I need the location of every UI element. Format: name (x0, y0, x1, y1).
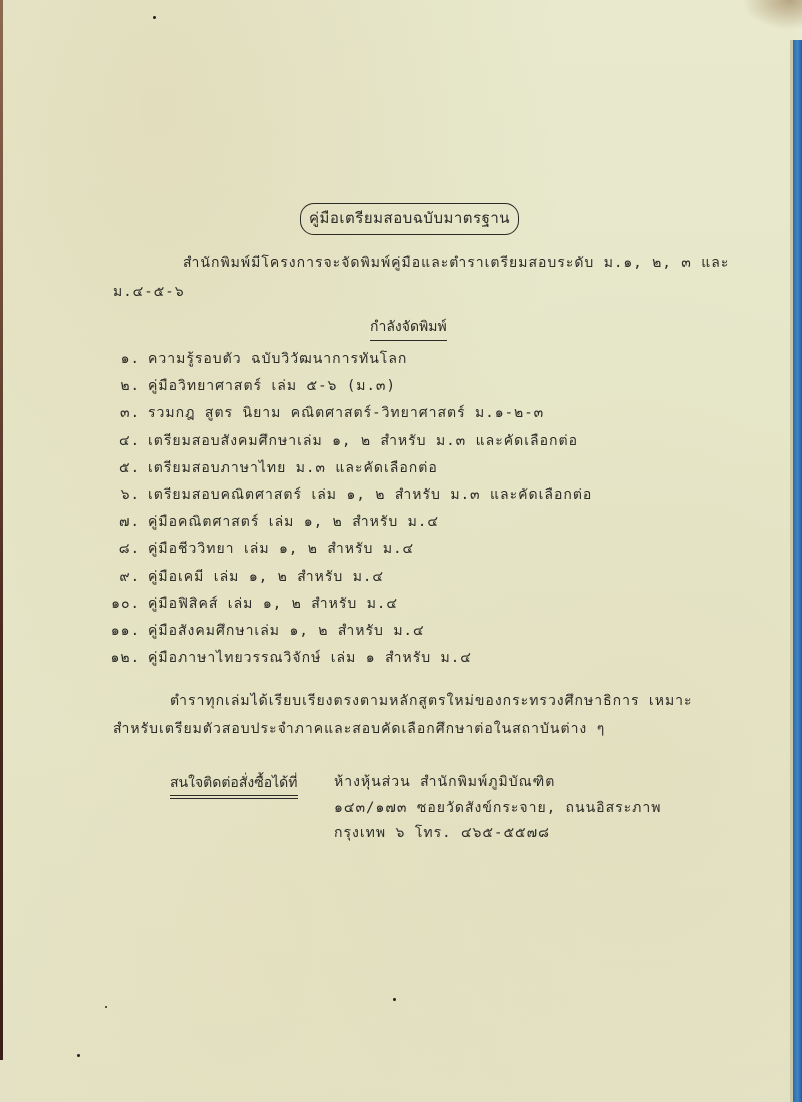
item-number: ๑๐. (102, 593, 148, 620)
intro-line-2: ม.๔-๕-๖ (113, 283, 185, 301)
list-item: ๑๑.คู่มือสังคมศึกษาเล่ม ๑, ๒ สำหรับ ม.๔ (102, 620, 592, 647)
intro-line-1: สำนักพิมพ์มีโครงการจะจัดพิมพ์คู่มือและตำ… (183, 254, 729, 272)
item-text: ความรู้รอบตัว ฉบับวิวัฒนาการทันโลก (148, 348, 407, 375)
item-text: รวมกฎ สูตร นิยาม คณิตศาสตร์-วิทยาศาสตร์ … (148, 402, 544, 429)
ink-speck (153, 16, 156, 19)
item-text: คู่มือฟิสิคส์ เล่ม ๑, ๒ สำหรับ ม.๔ (148, 593, 398, 620)
item-number: ๗. (102, 511, 148, 538)
item-number: ๓. (102, 402, 148, 429)
closing-line-2: สำหรับเตรียมตัวสอบประจำภาคและสอบคัดเลือก… (113, 720, 605, 738)
list-item: ๑.ความรู้รอบตัว ฉบับวิวัฒนาการทันโลก (102, 348, 592, 375)
item-number: ๑๑. (102, 620, 148, 647)
item-number: ๔. (102, 430, 148, 457)
ink-speck (77, 1054, 80, 1057)
list-item: ๕.เตรียมสอบภาษาไทย ม.๓ และคัดเลือกต่อ (102, 457, 592, 484)
item-text: เตรียมสอบสังคมศึกษาเล่ม ๑, ๒ สำหรับ ม.๓ … (148, 430, 578, 457)
contact-label: สนใจติดต่อสั่งซื้อได้ที่ (170, 772, 298, 799)
corner-stain (742, 0, 802, 30)
ink-speck (105, 1006, 107, 1008)
list-item: ๖.เตรียมสอบคณิตศาสตร์ เล่ม ๑, ๒ สำหรับ ม… (102, 484, 592, 511)
list-item: ๗.คู่มือคณิตศาสตร์ เล่ม ๑, ๒ สำหรับ ม.๔ (102, 511, 592, 538)
ink-speck (393, 998, 396, 1001)
item-text: คู่มือวิทยาศาสตร์ เล่ม ๕-๖ (ม.๓) (148, 375, 396, 402)
list-item: ๘.คู่มือชีววิทยา เล่ม ๑, ๒ สำหรับ ม.๔ (102, 538, 592, 565)
item-text: เตรียมสอบคณิตศาสตร์ เล่ม ๑, ๒ สำหรับ ม.๓… (148, 484, 592, 511)
list-item: ๙.คู่มือเคมี เล่ม ๑, ๒ สำหรับ ม.๔ (102, 566, 592, 593)
list-item: ๒.คู่มือวิทยาศาสตร์ เล่ม ๕-๖ (ม.๓) (102, 375, 592, 402)
left-page-edge (0, 0, 3, 1060)
book-list: ๑.ความรู้รอบตัว ฉบับวิวัฒนาการทันโลก ๒.ค… (102, 348, 592, 674)
item-text: คู่มือเคมี เล่ม ๑, ๒ สำหรับ ม.๔ (148, 566, 384, 593)
publisher-city-phone: กรุงเทพ ๖ โทร. ๔๖๕-๕๕๗๘ (334, 824, 550, 842)
section-heading: กำลังจัดพิมพ์ (370, 316, 447, 341)
item-number: ๕. (102, 457, 148, 484)
item-number: ๒. (102, 375, 148, 402)
item-text: เตรียมสอบภาษาไทย ม.๓ และคัดเลือกต่อ (148, 457, 438, 484)
closing-line-1: ตำราทุกเล่มได้เรียบเรียงตรงตามหลักสูตรให… (170, 692, 693, 710)
item-number: ๘. (102, 538, 148, 565)
item-text: คู่มือชีววิทยา เล่ม ๑, ๒ สำหรับ ม.๔ (148, 538, 414, 565)
item-number: ๑๒. (102, 647, 148, 674)
list-item: ๑๐.คู่มือฟิสิคส์ เล่ม ๑, ๒ สำหรับ ม.๔ (102, 593, 592, 620)
publisher-address: ๑๔๓/๑๗๓ ซอยวัดสังข์กระจาย, ถนนอิสระภาพ (334, 799, 661, 817)
list-item: ๔.เตรียมสอบสังคมศึกษาเล่ม ๑, ๒ สำหรับ ม.… (102, 430, 592, 457)
publisher-name: ห้างหุ้นส่วน สำนักพิมพ์ภูมิบัณฑิต (334, 773, 555, 791)
item-number: ๙. (102, 566, 148, 593)
item-text: คู่มือภาษาไทยวรรณวิจักษ์ เล่ม ๑ สำหรับ ม… (148, 647, 472, 674)
item-number: ๑. (102, 348, 148, 375)
list-item: ๑๒.คู่มือภาษาไทยวรรณวิจักษ์ เล่ม ๑ สำหรั… (102, 647, 592, 674)
item-number: ๖. (102, 484, 148, 511)
list-item: ๓.รวมกฎ สูตร นิยาม คณิตศาสตร์-วิทยาศาสตร… (102, 402, 592, 429)
item-text: คู่มือคณิตศาสตร์ เล่ม ๑, ๒ สำหรับ ม.๔ (148, 511, 439, 538)
item-text: คู่มือสังคมศึกษาเล่ม ๑, ๒ สำหรับ ม.๔ (148, 620, 425, 647)
document-title: คู่มือเตรียมสอบฉบับมาตรฐาน (300, 203, 519, 235)
blue-cover-edge (793, 40, 802, 1102)
